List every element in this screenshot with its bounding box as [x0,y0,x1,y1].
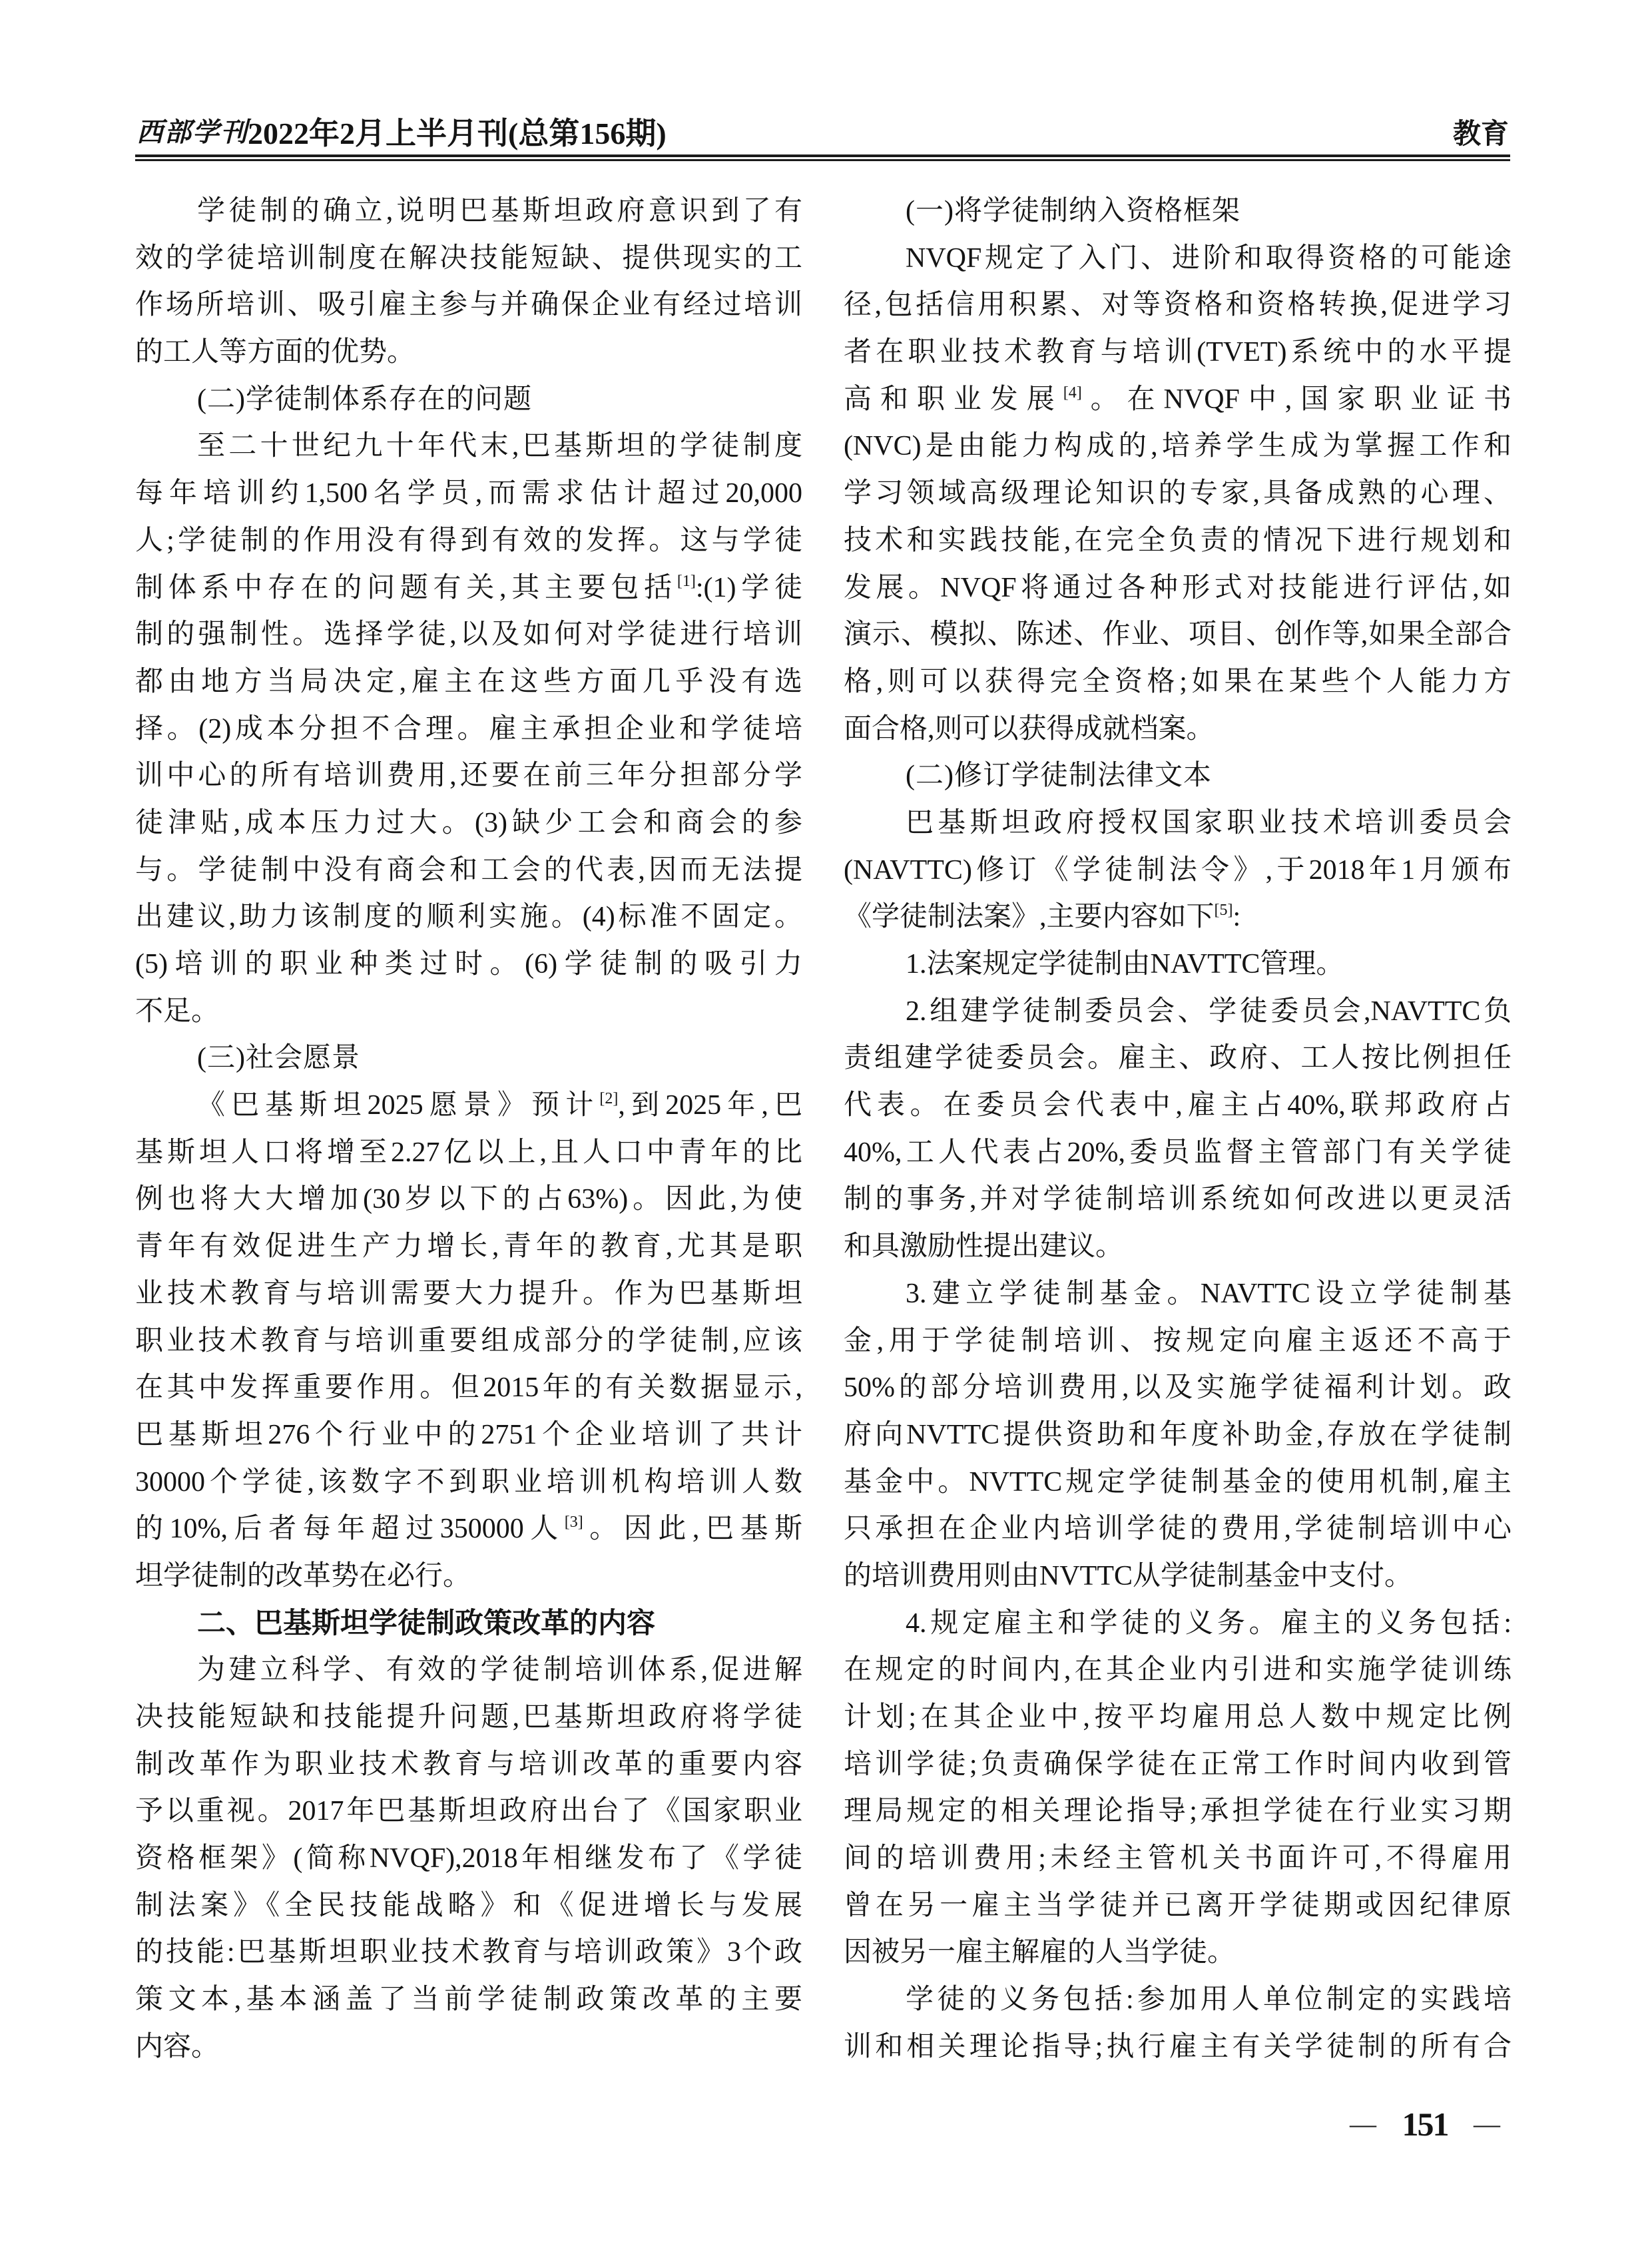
text-segment: 制体系中存在的问题有关,其主要包括 [135,573,677,603]
text-segment: : [1233,902,1241,932]
text-line: 训中心的所有培训费用,还要在前三年分担部分学 [135,752,802,800]
text-line: 计划;在其企业中,按平均雇用总人数中规定比例 [844,1694,1512,1741]
text-line: 制的强制性。选择学徒,以及如何对学徒进行培训 [135,611,802,659]
text-line: 巴基斯坦276个行业中的2751个企业培训了共计 [135,1412,802,1459]
text-line: 径,包括信用积累、对等资格和资格转换,促进学习 [844,282,1512,329]
paragraph: 为建立科学、有效的学徒制培训体系,促进解 决技能短缺和技能提升问题,巴基斯坦政府… [135,1647,802,2070]
text-line: 出建议,助力该制度的顺利实施。(4)标准不固定。 [135,894,802,941]
list-item-paragraph: 3.建立学徒制基金。NAVTTC设立学徒制基 金,用于学徒制培训、按规定向雇主返… [844,1270,1512,1600]
text-line: 在其中发挥重要作用。但2015年的有关数据显示, [135,1364,802,1412]
issue-info: 2022年2月上半月刊(总第156期) [248,118,667,150]
text-line: 择。(2)成本分担不合理。雇主承担企业和学徒培 [135,706,802,753]
text-line: 效的学徒培训制度在解决技能短缺、提供现实的工 [135,235,802,282]
subsection-heading: (一)将学徒制纳入资格框架 [844,188,1512,235]
subsection-heading: (二)修订学徒制法律文本 [844,752,1512,800]
text-line: 坦学徒制的改革势在必行。 [135,1553,802,1600]
text-line: 为建立科学、有效的学徒制培训体系,促进解 [135,1647,802,1694]
text-line: 曾在另一雇主当学徒并已离开学徒期或因纪律原 [844,1882,1512,1930]
paragraph: 学徒的义务包括:参加用人单位制定的实践培 训和相关理论指导;执行雇主有关学徒制的… [844,1976,1512,2070]
text-line: 1.法案规定学徒制由NAVTTC管理。 [844,941,1512,988]
left-column: 学徒制的确立,说明巴基斯坦政府意识到了有 效的学徒培训制度在解决技能短缺、提供现… [135,188,802,2071]
text-line: 作场所培训、吸引雇主参与并确保企业有经过培训 [135,282,802,329]
text-line: 30000个学徒,该数字不到职业培训机构培训人数 [135,1459,802,1506]
text-segment: 高和职业发展 [844,384,1063,415]
list-item-paragraph: 2.组建学徒制委员会、学徒委员会,NAVTTC负 责组建学徒委员会。雇主、政府、… [844,988,1512,1270]
text-line: 的10%,后者每年超过350000人[3]。因此,巴基斯 [135,1506,802,1553]
text-line: 基斯坦人口将增至2.27亿以上,且人口中青年的比 [135,1129,802,1177]
text-line: 予以重视。2017年巴基斯坦政府出台了《国家职业 [135,1788,802,1835]
text-line: 学徒的义务包括:参加用人单位制定的实践培 [844,1976,1512,2024]
text-line: 训和相关理论指导;执行雇主有关学徒制的所有合 [844,2024,1512,2071]
text-line: 内容。 [135,2024,802,2071]
text-line: 不足。 [135,988,802,1035]
text-line: 学习领域高级理论知识的专家,具备成熟的心理、 [844,470,1512,517]
text-line: 至二十世纪九十年代末,巴基斯坦的学徒制度 [135,423,802,470]
citation-marker: [5] [1215,902,1233,919]
text-line: 面合格,则可以获得成就档案。 [844,706,1512,753]
text-line: 3.建立学徒制基金。NAVTTC设立学徒制基 [844,1270,1512,1318]
text-line: 与。学徒制中没有商会和工会的代表,因而无法提 [135,847,802,894]
text-line: 50%的部分培训费用,以及实施学徒福利计划。政 [844,1364,1512,1412]
text-line: (NVC)是由能力构成的,培养学生成为掌握工作和 [844,423,1512,470]
text-line: 每年培训约1,500名学员,而需求估计超过20,000 [135,470,802,517]
text-segment: 《巴基斯坦2025愿景》预计 [197,1090,599,1121]
page-number: — 151 — [1350,2107,1500,2141]
text-line: 巴基斯坦政府授权国家职业技术培训委员会 [844,800,1512,847]
page-number-dash-left: — [1350,2107,1376,2141]
citation-marker: [2] [599,1090,618,1107]
text-line: 2.组建学徒制委员会、学徒委员会,NAVTTC负 [844,988,1512,1035]
journal-logo: 西部学刊 [137,117,248,148]
text-line: 的技能:巴基斯坦职业技术教育与培训政策》3个政 [135,1929,802,1976]
text-line: 在规定的时间内,在其企业内引进和实施学徒训练 [844,1647,1512,1694]
text-line: 青年有效促进生产力增长,青年的教育,尤其是职 [135,1223,802,1270]
text-line: 和具激励性提出建议。 [844,1223,1512,1270]
paragraph: 学徒制的确立,说明巴基斯坦政府意识到了有 效的学徒培训制度在解决技能短缺、提供现… [135,188,802,376]
text-line: 制体系中存在的问题有关,其主要包括[1]:(1)学徒 [135,565,802,612]
text-line: 人;学徒制的作用没有得到有效的发挥。这与学徒 [135,517,802,565]
text-line: 例也将大大增加(30岁以下的占63%)。因此,为使 [135,1176,802,1223]
text-line: 代表。在委员会代表中,雇主占40%,联邦政府占 [844,1082,1512,1129]
text-line: 金,用于学徒制培训、按规定向雇主返还不高于 [844,1318,1512,1365]
header-rule-thin [135,159,1510,161]
text-line: 府向NVTTC提供资助和年度补助金,存放在学徒制 [844,1412,1512,1459]
text-line: 理局规定的相关理论指导;承担学徒在行业实习期 [844,1788,1512,1835]
list-item-paragraph: 1.法案规定学徒制由NAVTTC管理。 [844,941,1512,988]
text-line: 者在职业技术教育与培训(TVET)系统中的水平提 [844,329,1512,376]
text-line: 资格框架》(简称NVQF),2018年相继发布了《学徒 [135,1835,802,1882]
text-segment: 。因此,巴基斯 [583,1514,802,1544]
text-line: 40%,工人代表占20%,委员监督主管部门有关学徒 [844,1129,1512,1177]
text-segment: :(1)学徒 [696,573,802,603]
text-line: (5)培训的职业种类过时。(6)学徒制的吸引力 [135,941,802,988]
text-line: 职业技术教育与培训重要组成部分的学徒制,应该 [135,1318,802,1365]
text-line: 策文本,基本涵盖了当前学徒制政策改革的主要 [135,1976,802,2024]
text-line: 责组建学徒委员会。雇主、政府、工人按比例担任 [844,1035,1512,1082]
text-line: 《学徒制法案》,主要内容如下[5]: [844,894,1512,941]
text-line: 格,则可以获得完全资格;如果在某些个人能力方 [844,659,1512,706]
page-number-dash-right: — [1474,2107,1500,2141]
section-label: 教育 [1453,119,1509,149]
text-line: 制法案》《全民技能战略》和《促进增长与发展 [135,1882,802,1930]
text-line: 决技能短缺和技能提升问题,巴基斯坦政府将学徒 [135,1694,802,1741]
text-line: (NAVTTC)修订《学徒制法令》,于2018年1月颁布 [844,847,1512,894]
text-segment: 。在NVQF中,国家职业证书 [1082,384,1512,415]
text-line: 4.规定雇主和学徒的义务。雇主的义务包括: [844,1600,1512,1647]
paragraph: 至二十世纪九十年代末,巴基斯坦的学徒制度 每年培训约1,500名学员,而需求估计… [135,423,802,1035]
text-line: 基金中。NVTTC规定学徒制基金的使用机制,雇主 [844,1459,1512,1506]
text-line: NVQF规定了入门、进阶和取得资格的可能途 [844,235,1512,282]
text-line: 发展。NVQF将通过各种形式对技能进行评估,如 [844,565,1512,612]
right-column: (一)将学徒制纳入资格框架 NVQF规定了入门、进阶和取得资格的可能途 径,包括… [844,188,1512,2071]
text-line: 的工人等方面的优势。 [135,329,802,376]
text-line: 间的培训费用;未经主管机关书面许可,不得雇用 [844,1835,1512,1882]
citation-marker: [4] [1063,384,1082,402]
page-number-value: 151 [1402,2107,1448,2141]
paragraph: 《巴基斯坦2025愿景》预计[2],到2025年,巴 基斯坦人口将增至2.27亿… [135,1082,802,1600]
text-line: 只承担在企业内培训学徒的费用,学徒制培训中心 [844,1506,1512,1553]
text-line: 制改革作为职业技术教育与培训改革的重要内容 [135,1741,802,1789]
section-heading: 二、巴基斯坦学徒制政策改革的内容 [135,1600,802,1647]
citation-marker: [3] [565,1514,583,1531]
text-line: 都由地方当局决定,雇主在这些方面几乎没有选 [135,659,802,706]
text-line: 的培训费用则由NVTTC从学徒制基金中支付。 [844,1553,1512,1600]
text-line: 培训学徒;负责确保学徒在正常工作时间内收到管 [844,1741,1512,1789]
text-segment: 《学徒制法案》,主要内容如下 [844,902,1215,932]
citation-marker: [1] [677,573,696,590]
subsection-heading: (二)学徒制体系存在的问题 [135,376,802,423]
text-line: 演示、模拟、陈述、作业、项目、创作等,如果全部合 [844,611,1512,659]
text-line: 高和职业发展[4]。在NVQF中,国家职业证书 [844,376,1512,423]
text-segment: 的10%,后者每年超过350000人 [135,1514,565,1544]
subsection-heading: (三)社会愿景 [135,1035,802,1082]
text-line: 技术和实践技能,在完全负责的情况下进行规划和 [844,517,1512,565]
text-line: 徒津贴,成本压力过大。(3)缺少工会和商会的参 [135,800,802,847]
paragraph: NVQF规定了入门、进阶和取得资格的可能途 径,包括信用积累、对等资格和资格转换… [844,235,1512,753]
text-line: 《巴基斯坦2025愿景》预计[2],到2025年,巴 [135,1082,802,1129]
text-line: 学徒制的确立,说明巴基斯坦政府意识到了有 [135,188,802,235]
text-line: 因被另一雇主解雇的人当学徒。 [844,1929,1512,1976]
list-item-paragraph: 4.规定雇主和学徒的义务。雇主的义务包括: 在规定的时间内,在其企业内引进和实施… [844,1600,1512,1977]
text-line: 制的事务,并对学徒制培训系统如何改进以更灵活 [844,1176,1512,1223]
text-segment: ,到2025年,巴 [618,1090,802,1121]
paragraph: 巴基斯坦政府授权国家职业技术培训委员会 (NAVTTC)修订《学徒制法令》,于2… [844,800,1512,941]
text-line: 业技术教育与培训需要大力提升。作为巴基斯坦 [135,1270,802,1318]
header-rule-thick [135,154,1510,157]
